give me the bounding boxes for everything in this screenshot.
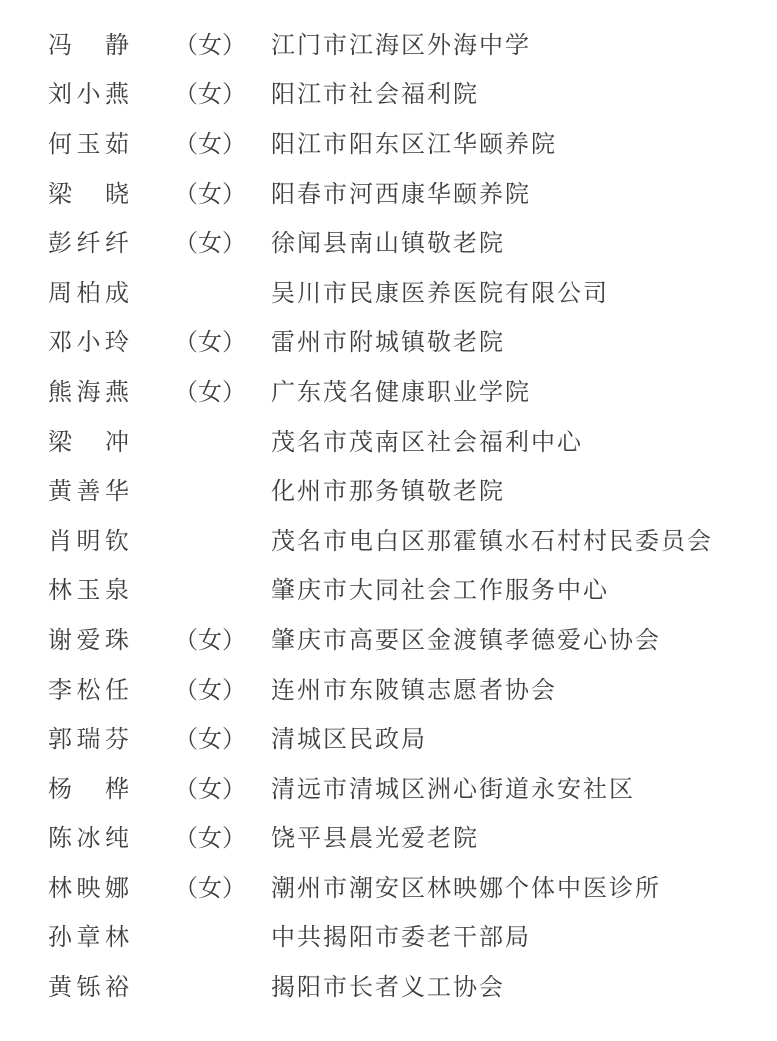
person-name: 林玉泉 <box>48 579 129 603</box>
organization-name: 阳江市社会福利院 <box>271 83 479 107</box>
award-list: 冯 静 （女） 江门市江海区外海中学 刘小燕 （女） 阳江市社会福利院 何玉茹 … <box>0 0 777 1013</box>
organization-name: 中共揭阳市委老干部局 <box>271 926 531 950</box>
person-name: 林映娜 <box>48 877 129 901</box>
person-name: 肖明钦 <box>48 530 129 554</box>
organization-name: 阳江市阳东区江华颐养院 <box>271 133 557 157</box>
list-item: 谢爱珠 （女） 肇庆市高要区金渡镇孝德爱心协会 <box>0 616 777 666</box>
list-item: 梁 晓 （女） 阳春市河西康华颐养院 <box>0 170 777 220</box>
person-name: 周柏成 <box>48 282 129 306</box>
gender-marker: （女） <box>174 381 251 405</box>
organization-name: 茂名市茂南区社会福利中心 <box>271 431 583 455</box>
list-item: 何玉茹 （女） 阳江市阳东区江华颐养院 <box>0 120 777 170</box>
person-name: 杨 桦 <box>48 778 129 802</box>
organization-name: 广东茂名健康职业学院 <box>271 381 531 405</box>
organization-name: 化州市那务镇敬老院 <box>271 480 505 504</box>
person-name: 何玉茹 <box>48 133 129 157</box>
organization-name: 潮州市潮安区林映娜个体中医诊所 <box>271 877 661 901</box>
list-item: 黄铄裕 揭阳市长者义工协会 <box>0 963 777 1013</box>
organization-name: 肇庆市高要区金渡镇孝德爱心协会 <box>271 629 661 653</box>
person-name: 黄善华 <box>48 480 129 504</box>
gender-marker: （女） <box>174 232 251 256</box>
gender-marker: （女） <box>174 331 251 355</box>
person-name: 孙章林 <box>48 926 129 950</box>
gender-marker: （女） <box>174 133 251 157</box>
list-item: 冯 静 （女） 江门市江海区外海中学 <box>0 21 777 71</box>
list-item: 彭纤纤 （女） 徐闻县南山镇敬老院 <box>0 219 777 269</box>
person-name: 黄铄裕 <box>48 976 129 1000</box>
gender-marker: （女） <box>174 629 251 653</box>
person-name: 刘小燕 <box>48 83 129 107</box>
person-name: 陈冰纯 <box>48 827 129 851</box>
person-name: 李松任 <box>48 679 129 703</box>
list-item: 梁 冲 茂名市茂南区社会福利中心 <box>0 418 777 468</box>
organization-name: 清城区民政局 <box>271 728 427 752</box>
gender-marker: （女） <box>174 728 251 752</box>
person-name: 彭纤纤 <box>48 232 129 256</box>
organization-name: 徐闻县南山镇敬老院 <box>271 232 505 256</box>
organization-name: 吴川市民康医养医院有限公司 <box>271 282 609 306</box>
list-item: 陈冰纯 （女） 饶平县晨光爱老院 <box>0 815 777 865</box>
list-item: 杨 桦 （女） 清远市清城区洲心街道永安社区 <box>0 765 777 815</box>
list-item: 李松任 （女） 连州市东陂镇志愿者协会 <box>0 666 777 716</box>
gender-marker: （女） <box>174 183 251 207</box>
list-item: 林玉泉 肇庆市大同社会工作服务中心 <box>0 567 777 617</box>
organization-name: 肇庆市大同社会工作服务中心 <box>271 579 609 603</box>
list-item: 邓小玲 （女） 雷州市附城镇敬老院 <box>0 319 777 369</box>
person-name: 郭瑞芬 <box>48 728 129 752</box>
gender-marker: （女） <box>174 877 251 901</box>
list-item: 林映娜 （女） 潮州市潮安区林映娜个体中医诊所 <box>0 864 777 914</box>
person-name: 冯 静 <box>48 34 129 58</box>
gender-marker: （女） <box>174 83 251 107</box>
gender-marker: （女） <box>174 34 251 58</box>
gender-marker: （女） <box>174 778 251 802</box>
list-item: 郭瑞芬 （女） 清城区民政局 <box>0 715 777 765</box>
organization-name: 茂名市电白区那霍镇水石村村民委员会 <box>271 530 713 554</box>
list-item: 熊海燕 （女） 广东茂名健康职业学院 <box>0 368 777 418</box>
list-item: 周柏成 吴川市民康医养医院有限公司 <box>0 269 777 319</box>
organization-name: 连州市东陂镇志愿者协会 <box>271 679 557 703</box>
gender-marker: （女） <box>174 827 251 851</box>
person-name: 邓小玲 <box>48 331 129 355</box>
gender-marker: （女） <box>174 679 251 703</box>
list-item: 肖明钦 茂名市电白区那霍镇水石村村民委员会 <box>0 517 777 567</box>
organization-name: 揭阳市长者义工协会 <box>271 976 505 1000</box>
list-item: 黄善华 化州市那务镇敬老院 <box>0 467 777 517</box>
organization-name: 雷州市附城镇敬老院 <box>271 331 505 355</box>
person-name: 熊海燕 <box>48 381 129 405</box>
organization-name: 阳春市河西康华颐养院 <box>271 183 531 207</box>
organization-name: 江门市江海区外海中学 <box>271 34 531 58</box>
person-name: 谢爱珠 <box>48 629 129 653</box>
list-item: 孙章林 中共揭阳市委老干部局 <box>0 914 777 964</box>
list-item: 刘小燕 （女） 阳江市社会福利院 <box>0 71 777 121</box>
organization-name: 饶平县晨光爱老院 <box>271 827 479 851</box>
organization-name: 清远市清城区洲心街道永安社区 <box>271 778 635 802</box>
person-name: 梁 冲 <box>48 431 129 455</box>
person-name: 梁 晓 <box>48 183 129 207</box>
